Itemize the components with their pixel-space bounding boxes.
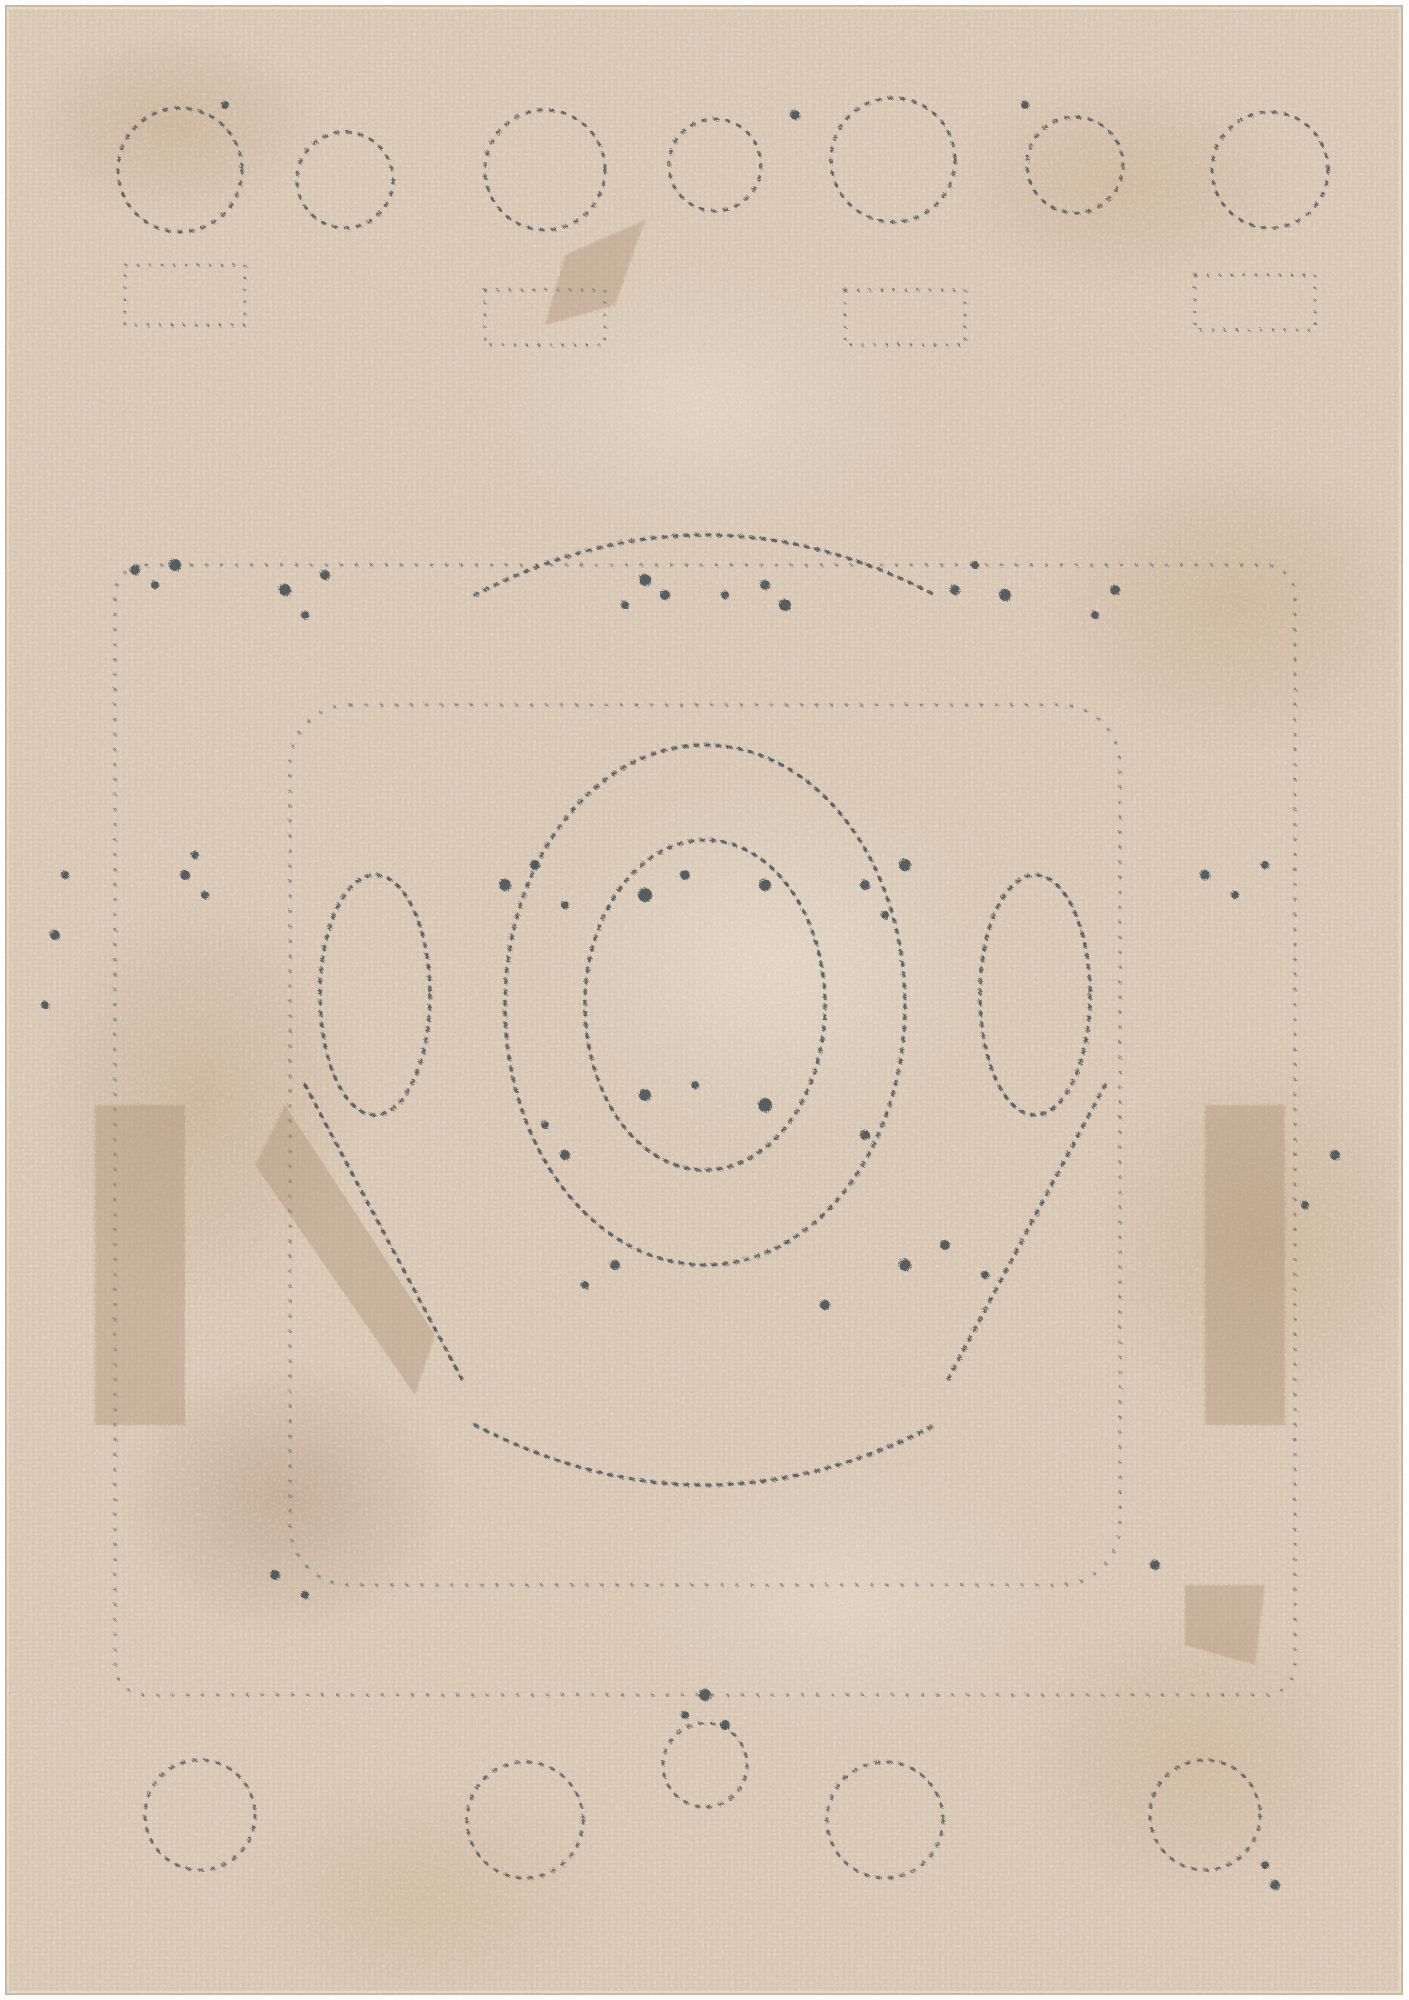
rug-pattern-motifs	[5, 5, 1403, 1995]
